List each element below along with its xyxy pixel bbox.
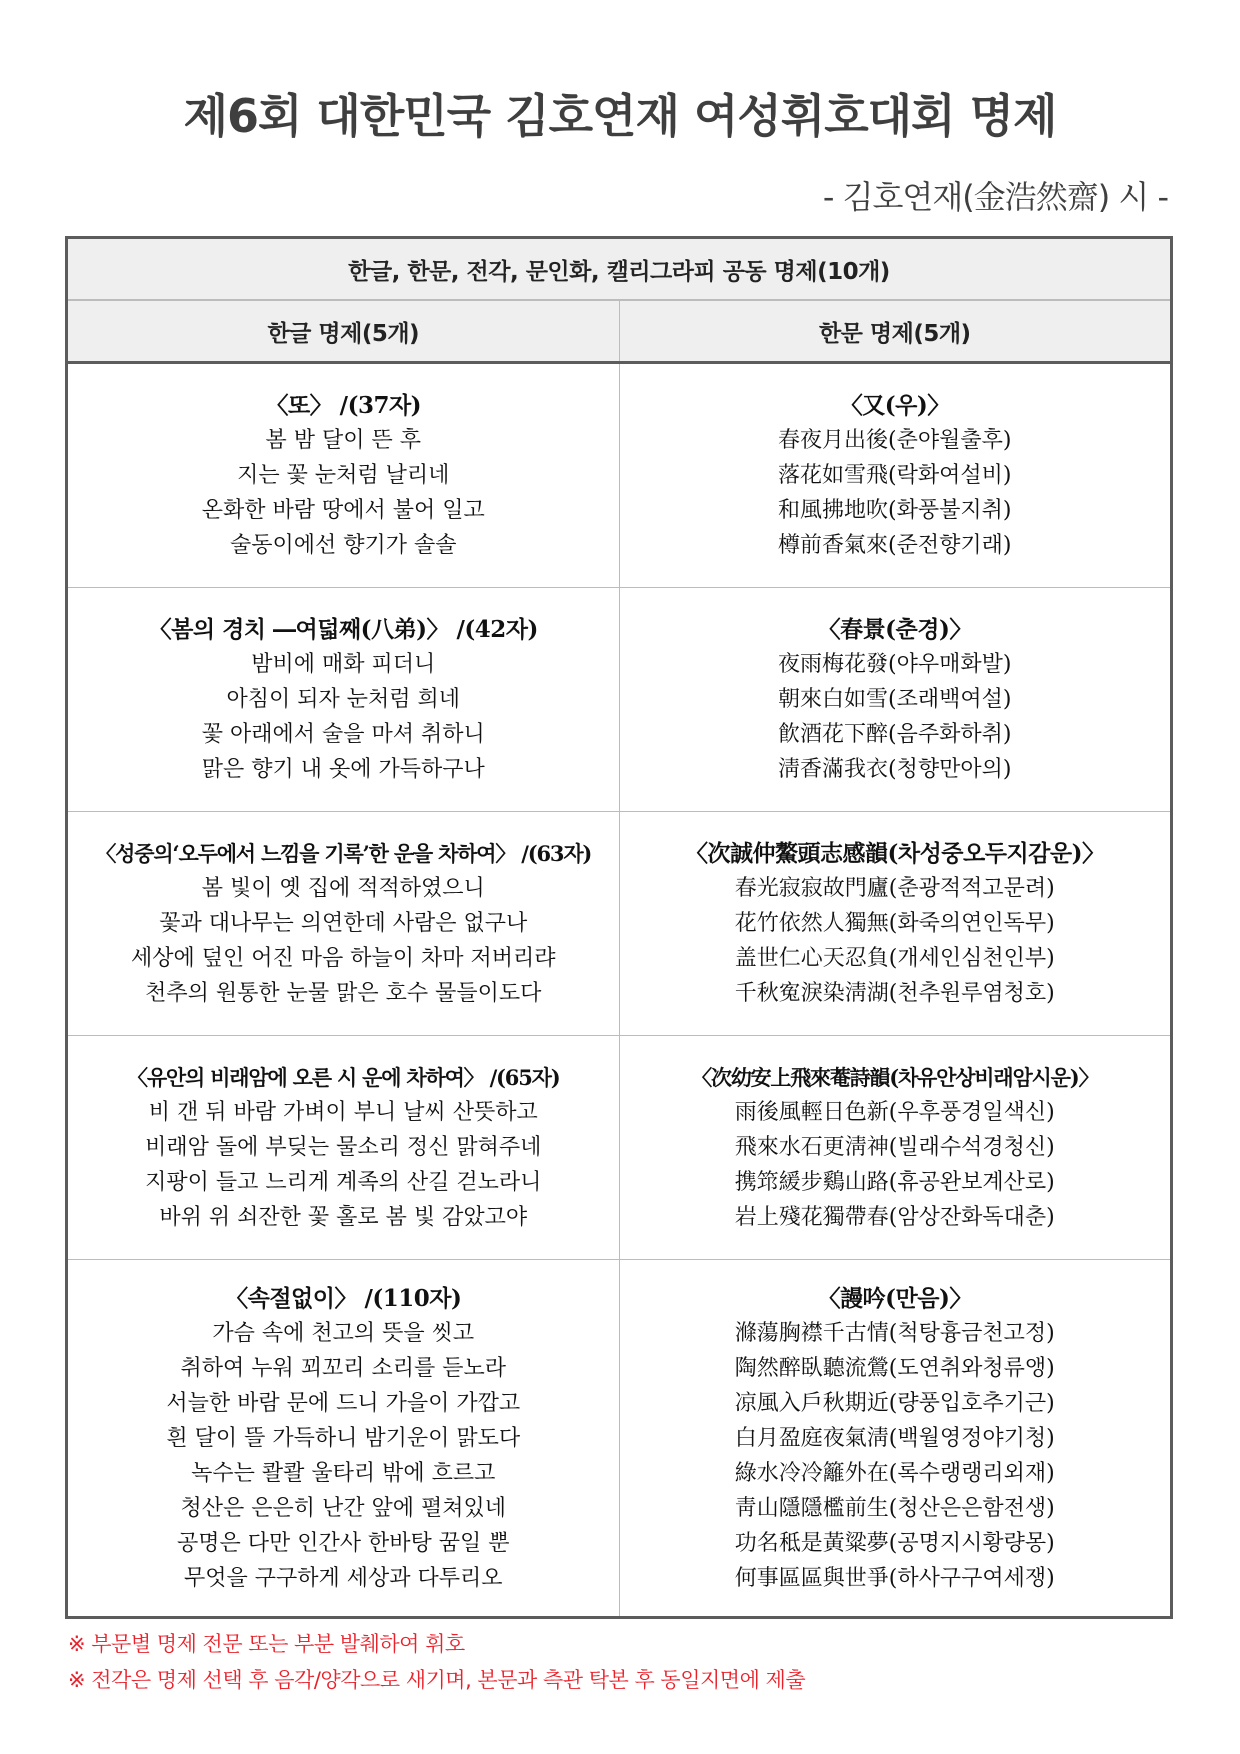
poem-line: 서늘한 바람 문에 드니 가을이 가깝고 xyxy=(68,1386,619,1421)
poem-line: 飛來水石更淸神(빌래수석경청신) xyxy=(620,1130,1171,1165)
poem-line: 흰 달이 뜰 가득하니 밤기운이 맑도다 xyxy=(68,1421,619,1456)
poem-line: 비 갠 뒤 바람 가벼이 부니 날씨 산뜻하고 xyxy=(68,1095,619,1130)
poem-title: 〈속절없이〉 /(110자) xyxy=(68,1281,619,1316)
poem-line: 何事區區與世爭(하사구구여세쟁) xyxy=(620,1561,1171,1596)
table-row: 〈봄의 경치 ―여덟째(八弟)〉 /(42자) 밤비에 매화 피더니 아침이 되… xyxy=(68,588,1170,812)
poem-title: 〈謾吟(만음)〉 xyxy=(620,1281,1171,1316)
poem-title: 〈유안의 비래암에 오른 시 운에 차하여〉 /(65자) xyxy=(68,1060,619,1095)
poem-line: 밤비에 매화 피더니 xyxy=(68,647,619,682)
poem-title: 〈次幼安上飛來菴詩韻(차유안상비래암시운)〉 xyxy=(620,1060,1171,1095)
table-row: 〈속절없이〉 /(110자) 가슴 속에 천고의 뜻을 씻고 취하여 누워 꾀꼬… xyxy=(68,1260,1170,1617)
table-row: 〈유안의 비래암에 오른 시 운에 차하여〉 /(65자) 비 갠 뒤 바람 가… xyxy=(68,1036,1170,1260)
notes: ※ 부문별 명제 전문 또는 부분 발췌하여 휘호 ※ 전각은 명제 선택 후 … xyxy=(68,1626,805,1698)
poem-line: 樽前香氣來(준전향기래) xyxy=(620,528,1171,563)
poem-line: 지팡이 들고 느리게 계족의 산길 걷노라니 xyxy=(68,1165,619,1200)
poem-line: 바위 위 쇠잔한 꽃 홀로 봄 빛 감았고야 xyxy=(68,1200,619,1235)
hanmun-poem-cell: 〈春景(춘경)〉 夜雨梅花發(야우매화발) 朝來白如雪(조래백여설) 飮酒花下醉… xyxy=(619,588,1170,812)
page-subtitle: - 김호연재(金浩然齋) 시 - xyxy=(823,172,1168,218)
hangul-column-header: 한글 명제(5개) xyxy=(68,300,619,363)
poem-line: 공명은 다만 인간사 한바탕 꿈일 뿐 xyxy=(68,1526,619,1561)
poem-line: 白月盈庭夜氣淸(백월영정야기청) xyxy=(620,1421,1171,1456)
hanmun-poem-cell: 〈謾吟(만음)〉 滌蕩胸襟千古情(척탕흉금천고정) 陶然醉臥聽流鶯(도연취와청류… xyxy=(619,1260,1170,1617)
poem-line: 携筇緩步鷄山路(휴공완보계산로) xyxy=(620,1165,1171,1200)
poem-line: 花竹依然人獨無(화죽의연인독무) xyxy=(620,906,1171,941)
hanmun-poem-cell: 〈次誠仲鰲頭志感韻(차성중오두지감운)〉 春光寂寂故門廬(춘광적적고문려) 花竹… xyxy=(619,812,1170,1036)
poem-title: 〈又(우)〉 xyxy=(620,388,1171,423)
poem-title: 〈봄의 경치 ―여덟째(八弟)〉 /(42자) xyxy=(68,612,619,647)
poem-title: 〈春景(춘경)〉 xyxy=(620,612,1171,647)
hangul-poem-cell: 〈속절없이〉 /(110자) 가슴 속에 천고의 뜻을 씻고 취하여 누워 꾀꼬… xyxy=(68,1260,619,1617)
poem-line: 세상에 덮인 어진 마음 하늘이 차마 저버리랴 xyxy=(68,941,619,976)
poem-line: 무엇을 구구하게 세상과 다투리오 xyxy=(68,1561,619,1596)
hangul-poem-cell: 〈봄의 경치 ―여덟째(八弟)〉 /(42자) 밤비에 매화 피더니 아침이 되… xyxy=(68,588,619,812)
poem-line: 가슴 속에 천고의 뜻을 씻고 xyxy=(68,1316,619,1351)
poem-line: 岩上殘花獨帶春(암상잔화독대춘) xyxy=(620,1200,1171,1235)
poem-line: 綠水冷冷籬外在(록수랭랭리외재) xyxy=(620,1456,1171,1491)
poem-line: 飮酒花下醉(음주화하취) xyxy=(620,717,1171,752)
poem-line: 淸香滿我衣(청향만아의) xyxy=(620,752,1171,787)
poem-line: 陶然醉臥聽流鶯(도연취와청류앵) xyxy=(620,1351,1171,1386)
poem-line: 지는 꽃 눈처럼 날리네 xyxy=(68,458,619,493)
poem-line: 凉風入戶秋期近(량풍입호추기근) xyxy=(620,1386,1171,1421)
poem-title: 〈또〉 /(37자) xyxy=(68,388,619,423)
note-excerpt-rule: ※ 부문별 명제 전문 또는 부분 발췌하여 휘호 xyxy=(68,1626,805,1662)
poem-line: 꽃과 대나무는 의연한데 사람은 없구나 xyxy=(68,906,619,941)
poem-line: 녹수는 콸콸 울타리 밖에 흐르고 xyxy=(68,1456,619,1491)
hanmun-poem-cell: 〈又(우)〉 春夜月出後(춘야월출후) 落花如雪飛(락화여설비) 和風拂地吹(화… xyxy=(619,363,1170,588)
poem-line: 술동이에선 향기가 솔솔 xyxy=(68,528,619,563)
poem-line: 천추의 원통한 눈물 맑은 호수 물들이도다 xyxy=(68,976,619,1011)
common-topics-header: 한글, 한문, 전각, 문인화, 캘리그라피 공동 명제(10개) xyxy=(68,239,1170,300)
poem-line: 千秋寃淚染淸湖(천추원루염청호) xyxy=(620,976,1171,1011)
poem-line: 春光寂寂故門廬(춘광적적고문려) xyxy=(620,871,1171,906)
hangul-poem-cell: 〈유안의 비래암에 오른 시 운에 차하여〉 /(65자) 비 갠 뒤 바람 가… xyxy=(68,1036,619,1260)
hanmun-poem-cell: 〈次幼安上飛來菴詩韻(차유안상비래암시운)〉 雨後風輕日色新(우후풍경일색신) … xyxy=(619,1036,1170,1260)
topics-table: 한글, 한문, 전각, 문인화, 캘리그라피 공동 명제(10개) 한글 명제(… xyxy=(68,239,1170,1616)
poem-line: 雨後風輕日色新(우후풍경일색신) xyxy=(620,1095,1171,1130)
poem-line: 靑山隱隱檻前生(청산은은함전생) xyxy=(620,1491,1171,1526)
poem-line: 아침이 되자 눈처럼 희네 xyxy=(68,682,619,717)
poem-line: 봄 빛이 옛 집에 적적하였으니 xyxy=(68,871,619,906)
poem-line: 맑은 향기 내 옷에 가득하구나 xyxy=(68,752,619,787)
hangul-poem-cell: 〈성중의‘오두에서 느낌을 기록’한 운을 차하여〉 /(63자) 봄 빛이 옛… xyxy=(68,812,619,1036)
poem-line: 春夜月出後(춘야월출후) xyxy=(620,423,1171,458)
note-seal-carving-rule: ※ 전각은 명제 선택 후 음각/양각으로 새기며, 본문과 측관 탁본 후 동… xyxy=(68,1662,805,1698)
poem-line: 꽃 아래에서 술을 마셔 취하니 xyxy=(68,717,619,752)
poem-title: 〈次誠仲鰲頭志感韻(차성중오두지감운)〉 xyxy=(620,836,1171,871)
poem-line: 夜雨梅花發(야우매화발) xyxy=(620,647,1171,682)
hangul-poem-cell: 〈또〉 /(37자) 봄 밤 달이 뜬 후 지는 꽃 눈처럼 날리네 온화한 바… xyxy=(68,363,619,588)
poem-line: 滌蕩胸襟千古情(척탕흉금천고정) xyxy=(620,1316,1171,1351)
poem-line: 청산은 은은히 난간 앞에 펼쳐있네 xyxy=(68,1491,619,1526)
poem-line: 盖世仁心天忍負(개세인심천인부) xyxy=(620,941,1171,976)
poem-line: 落花如雪飛(락화여설비) xyxy=(620,458,1171,493)
table-row: 〈성중의‘오두에서 느낌을 기록’한 운을 차하여〉 /(63자) 봄 빛이 옛… xyxy=(68,812,1170,1036)
poem-line: 취하여 누워 꾀꼬리 소리를 듣노라 xyxy=(68,1351,619,1386)
poem-line: 온화한 바람 땅에서 불어 일고 xyxy=(68,493,619,528)
hanmun-column-header: 한문 명제(5개) xyxy=(619,300,1170,363)
poem-line: 비래암 돌에 부딪는 물소리 정신 맑혀주네 xyxy=(68,1130,619,1165)
poem-line: 봄 밤 달이 뜬 후 xyxy=(68,423,619,458)
poem-line: 功名秪是黃粱夢(공명지시황량몽) xyxy=(620,1526,1171,1561)
topics-table-container: 한글, 한문, 전각, 문인화, 캘리그라피 공동 명제(10개) 한글 명제(… xyxy=(65,236,1173,1619)
page-title: 제6회 대한민국 김호연재 여성휘호대회 명제 xyxy=(0,80,1240,146)
poem-line: 和風拂地吹(화풍불지취) xyxy=(620,493,1171,528)
poem-line: 朝來白如雪(조래백여설) xyxy=(620,682,1171,717)
poem-title: 〈성중의‘오두에서 느낌을 기록’한 운을 차하여〉 /(63자) xyxy=(68,836,619,871)
table-row: 〈또〉 /(37자) 봄 밤 달이 뜬 후 지는 꽃 눈처럼 날리네 온화한 바… xyxy=(68,363,1170,588)
